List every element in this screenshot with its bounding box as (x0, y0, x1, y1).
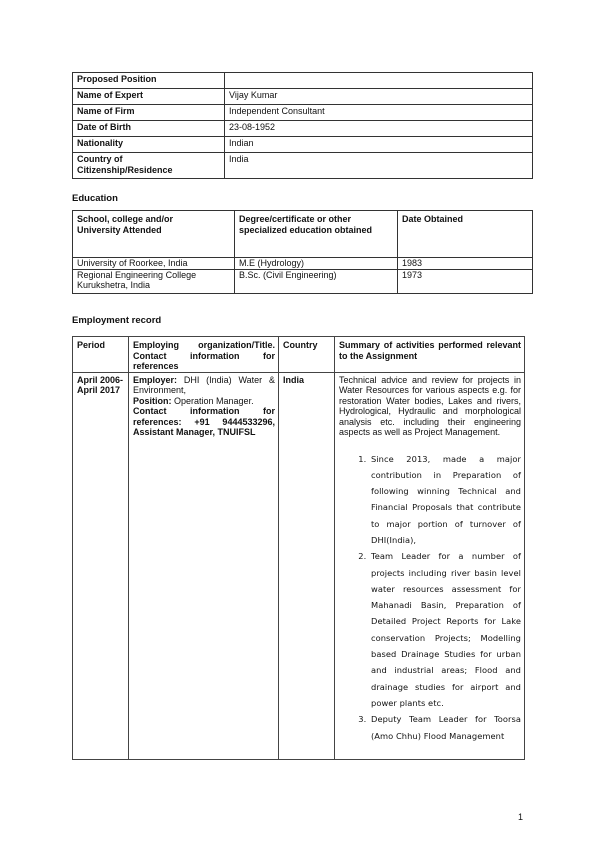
period-cell: April 2006- April 2017 (73, 372, 129, 759)
field-label: Nationality (73, 137, 225, 153)
employment-heading: Employment record (72, 315, 161, 326)
column-header: Degree/certificate or other specialized … (235, 211, 398, 258)
column-header: School, college and/or University Attend… (73, 211, 235, 258)
field-value: 23-08-1952 (225, 121, 533, 137)
column-header: Employing organization/Title. Contact in… (129, 337, 279, 373)
table-header-row: School, college and/or University Attend… (73, 211, 533, 258)
field-value: Independent Consultant (225, 105, 533, 121)
table-row: Regional Engineering College Kurukshetra… (73, 269, 533, 293)
personal-info-table: Proposed Position Name of Expert Vijay K… (72, 72, 533, 179)
column-header: Period (73, 337, 129, 373)
table-row: Name of Firm Independent Consultant (73, 105, 533, 121)
table-row: April 2006- April 2017 Employer: DHI (In… (73, 372, 525, 759)
employer-label: Employer: (133, 375, 177, 385)
school-cell: Regional Engineering College Kurukshetra… (73, 269, 235, 293)
activities-list: Since 2013, made a major contribution in… (339, 451, 521, 744)
table-row: Nationality Indian (73, 137, 533, 153)
table-row: Country of Citizenship/Residence India (73, 153, 533, 179)
position-value: Operation Manager. (174, 396, 254, 406)
degree-cell: B.Sc. (Civil Engineering) (235, 269, 398, 293)
country-cell: India (279, 372, 335, 759)
summary-cell: Technical advice and review for projects… (335, 372, 525, 759)
employer-cell: Employer: DHI (India) Water & Environmen… (129, 372, 279, 759)
field-label: Name of Firm (73, 105, 225, 121)
table-row: Proposed Position (73, 73, 533, 89)
activity-item: Team Leader for a number of projects inc… (369, 548, 521, 711)
date-cell: 1973 (398, 269, 533, 293)
activity-item: Deputy Team Leader for Toorsa (Amo Chhu)… (369, 711, 521, 744)
column-header: Date Obtained (398, 211, 533, 258)
table-row: University of Roorkee, India M.E (Hydrol… (73, 258, 533, 270)
employment-table: Period Employing organization/Title. Con… (72, 336, 525, 760)
field-value: India (225, 153, 533, 179)
education-table: School, college and/or University Attend… (72, 210, 533, 294)
position-label: Position: (133, 396, 172, 406)
field-value (225, 73, 533, 89)
date-cell: 1983 (398, 258, 533, 270)
education-heading: Education (72, 193, 118, 204)
summary-text: Technical advice and review for projects… (339, 375, 521, 438)
field-label: Name of Expert (73, 89, 225, 105)
contact-reference: Contact information for references: +91 … (133, 406, 275, 438)
activity-item: Since 2013, made a major contribution in… (369, 451, 521, 549)
field-value: Vijay Kumar (225, 89, 533, 105)
field-label: Proposed Position (73, 73, 225, 89)
table-row: Date of Birth 23-08-1952 (73, 121, 533, 137)
degree-cell: M.E (Hydrology) (235, 258, 398, 270)
field-label: Date of Birth (73, 121, 225, 137)
field-label: Country of Citizenship/Residence (73, 153, 225, 179)
table-header-row: Period Employing organization/Title. Con… (73, 337, 525, 373)
column-header: Summary of activities performed relevant… (335, 337, 525, 373)
column-header: Country (279, 337, 335, 373)
table-row: Name of Expert Vijay Kumar (73, 89, 533, 105)
page-number: 1 (518, 812, 523, 822)
field-value: Indian (225, 137, 533, 153)
school-cell: University of Roorkee, India (73, 258, 235, 270)
